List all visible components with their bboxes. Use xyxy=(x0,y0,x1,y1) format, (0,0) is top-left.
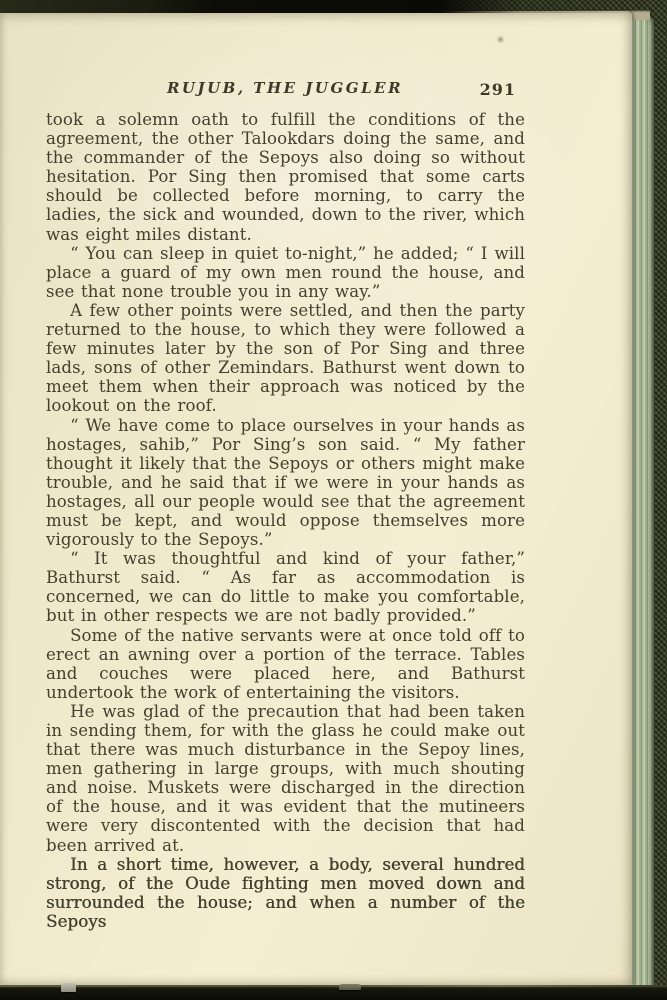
body-paragraph: A few other points were settled, and the… xyxy=(46,301,525,416)
body-paragraph: took a solemn oath to fulfill the condit… xyxy=(46,110,525,244)
bottom-page-ridge xyxy=(0,985,667,987)
book-page: RUJUB, THE JUGGLER 291 took a solemn oat… xyxy=(0,11,632,986)
page-body-text: took a solemn oath to fulfill the condit… xyxy=(46,110,525,931)
page-header: RUJUB, THE JUGGLER 291 xyxy=(46,79,524,101)
body-paragraph: “ It was thoughtful and kind of your fat… xyxy=(46,549,525,625)
running-title: RUJUB, THE JUGGLER xyxy=(46,79,524,97)
body-paragraph: He was glad of the precaution that had b… xyxy=(46,702,525,855)
page-number: 291 xyxy=(480,80,516,99)
body-paragraph: In a short time, however, a body, severa… xyxy=(46,855,525,931)
top-shadow-band xyxy=(0,0,667,13)
page-stain xyxy=(498,37,503,42)
body-paragraph: “ You can sleep in quiet to-night,” he a… xyxy=(46,244,525,301)
book-scan-photo: RUJUB, THE JUGGLER 291 took a solemn oat… xyxy=(0,0,667,1000)
body-paragraph: Some of the native servants were at once… xyxy=(46,626,525,702)
page-clip-small xyxy=(339,984,361,990)
bottom-shadow-band xyxy=(0,985,667,1000)
page-clip xyxy=(61,983,76,992)
body-paragraph: “ We have come to place ourselves in you… xyxy=(46,416,525,550)
